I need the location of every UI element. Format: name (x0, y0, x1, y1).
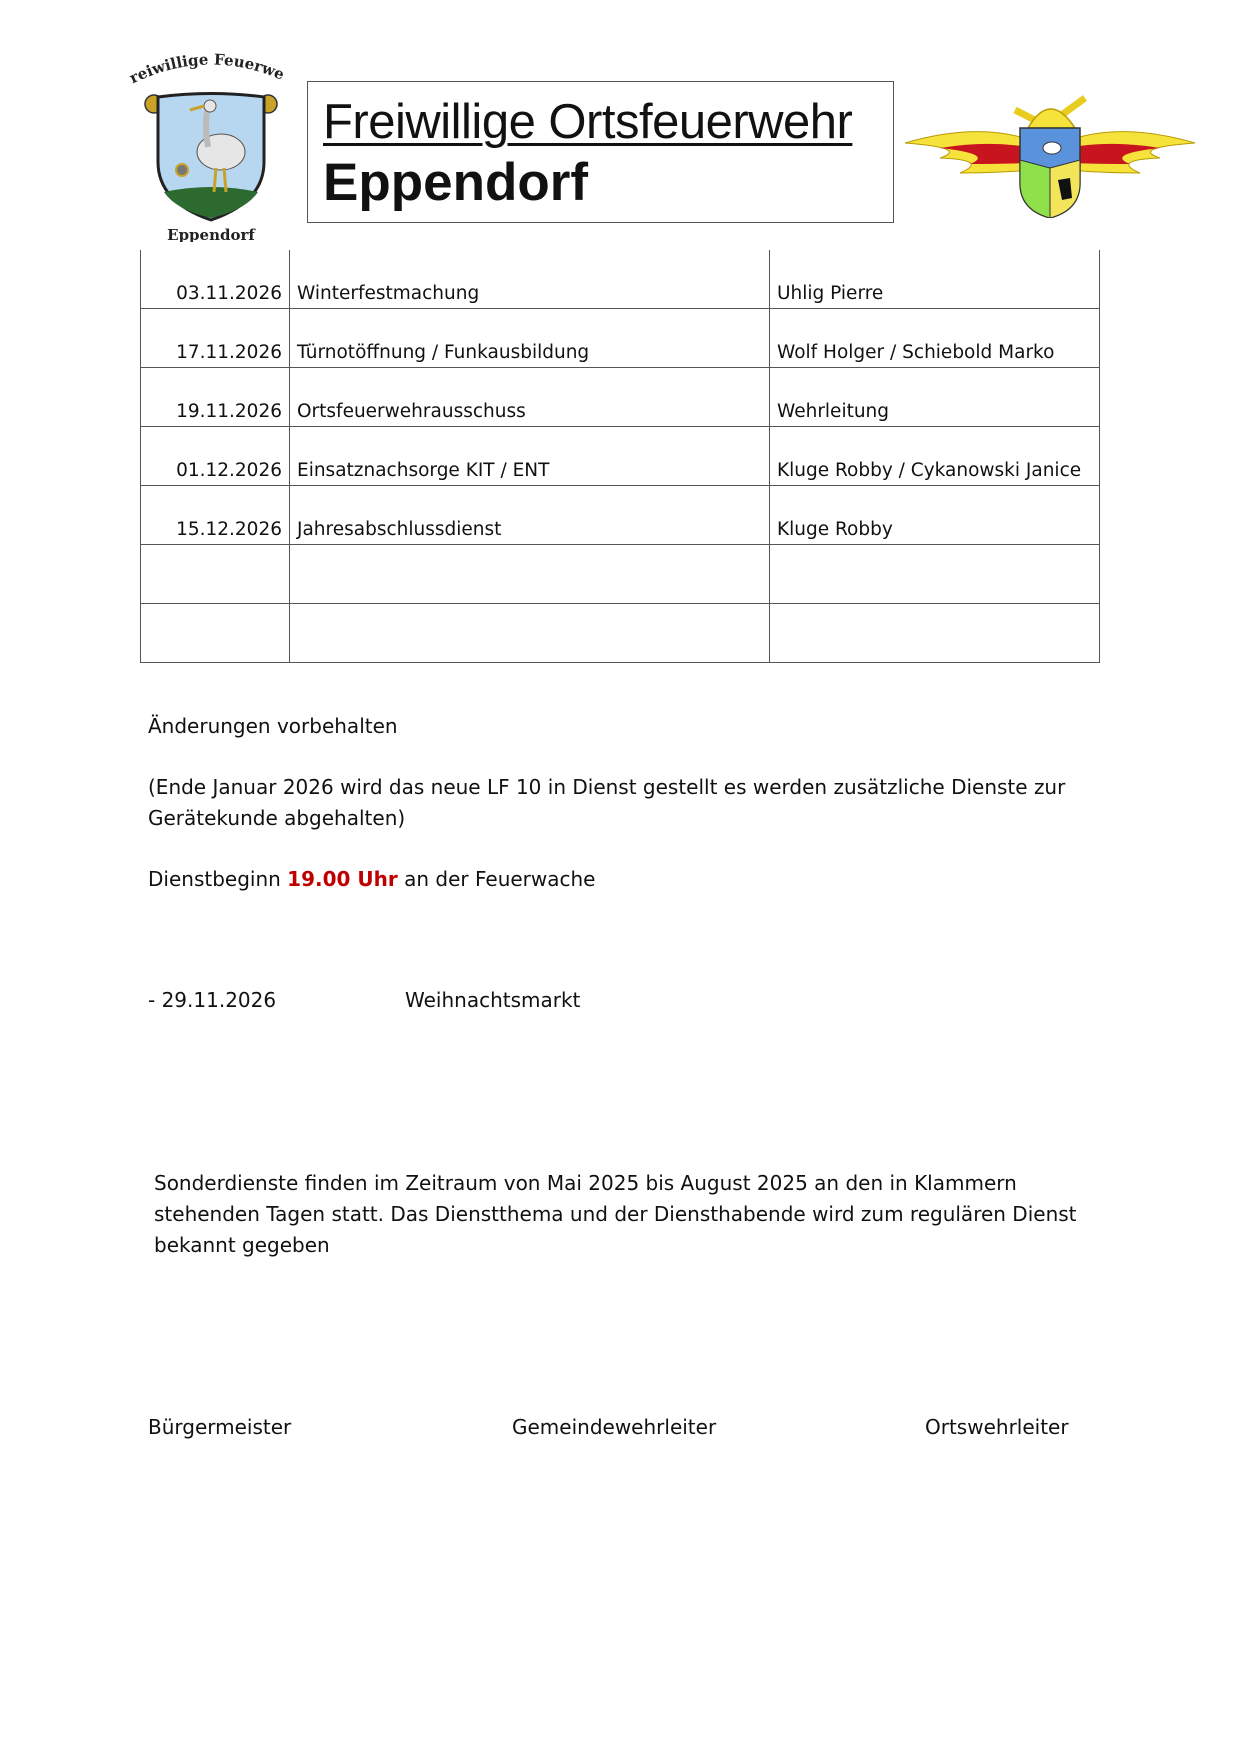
event-name: Weihnachtsmarkt (405, 985, 580, 1016)
service-start-prefix: Dienstbeginn (148, 867, 281, 891)
signature-municipal-chief: Gemeindewehrleiter (512, 1412, 716, 1443)
lf10-note-line2: Gerätekunde abgehalten) (148, 803, 1065, 834)
table-row: 19.11.2026 Ortsfeuerwehrausschuss Wehrle… (141, 368, 1100, 427)
special-services-line1: Sonderdienste finden im Zeitraum von Mai… (154, 1168, 1077, 1199)
lead-cell (770, 545, 1100, 604)
date-cell: 01.12.2026 (141, 427, 290, 486)
lf10-note-line1: (Ende Januar 2026 wird das neue LF 10 in… (148, 772, 1065, 803)
date-cell (141, 604, 290, 663)
special-services-line3: bekannt gegeben (154, 1230, 1077, 1261)
topic-cell: Türnotöffnung / Funkausbildung (290, 309, 770, 368)
lead-cell: Uhlig Pierre (770, 250, 1100, 309)
title-box: Freiwillige Ortsfeuerwehr Eppendorf (307, 81, 894, 223)
topic-cell (290, 604, 770, 663)
signature-mayor: Bürgermeister (148, 1412, 291, 1443)
schedule-table: 03.11.2026 Winterfestmachung Uhlig Pierr… (140, 250, 1100, 663)
topic-cell: Jahresabschlussdienst (290, 486, 770, 545)
date-cell: 03.11.2026 (141, 250, 290, 309)
table-row: 17.11.2026 Türnotöffnung / Funkausbildun… (141, 309, 1100, 368)
event-date: - 29.11.2026 (148, 985, 276, 1016)
coat-of-arms-crane-icon: Freiwillige Feuerwehr Eppendorf (126, 52, 296, 242)
lead-cell: Wolf Holger / Schiebold Marko (770, 309, 1100, 368)
table-row: 15.12.2026 Jahresabschlussdienst Kluge R… (141, 486, 1100, 545)
crest-top-text: Freiwillige Feuerwehr (126, 52, 287, 87)
crest-bottom-text: Eppendorf (167, 226, 256, 242)
service-start-note: Dienstbeginn 19.00 Uhr an der Feuerwache (148, 864, 596, 895)
changes-reserved-note: Änderungen vorbehalten (148, 711, 398, 742)
topic-cell (290, 545, 770, 604)
topic-cell: Ortsfeuerwehrausschuss (290, 368, 770, 427)
page-subtitle: Eppendorf (323, 152, 588, 213)
date-cell (141, 545, 290, 604)
lead-cell: Kluge Robby / Cykanowski Janice (770, 427, 1100, 486)
table-row: 03.11.2026 Winterfestmachung Uhlig Pierr… (141, 250, 1100, 309)
date-cell: 19.11.2026 (141, 368, 290, 427)
special-services-note: Sonderdienste finden im Zeitraum von Mai… (154, 1168, 1077, 1261)
table-row (141, 545, 1100, 604)
fire-brigade-emblem-icon (900, 88, 1200, 218)
lead-cell (770, 604, 1100, 663)
signature-local-chief: Ortswehrleiter (925, 1412, 1069, 1443)
topic-cell: Winterfestmachung (290, 250, 770, 309)
service-start-time: 19.00 Uhr (287, 867, 398, 891)
lf10-note: (Ende Januar 2026 wird das neue LF 10 in… (148, 772, 1065, 834)
table-row (141, 604, 1100, 663)
service-start-suffix: an der Feuerwache (404, 867, 595, 891)
lead-cell: Kluge Robby (770, 486, 1100, 545)
date-cell: 15.12.2026 (141, 486, 290, 545)
date-cell: 17.11.2026 (141, 309, 290, 368)
table-row: 01.12.2026 Einsatznachsorge KIT / ENT Kl… (141, 427, 1100, 486)
special-services-line2: stehenden Tagen statt. Das Dienstthema u… (154, 1199, 1077, 1230)
lead-cell: Wehrleitung (770, 368, 1100, 427)
topic-cell: Einsatznachsorge KIT / ENT (290, 427, 770, 486)
svg-text:Freiwillige Feuerwehr: Freiwillige Feuerwehr (126, 52, 287, 87)
page-title: Freiwillige Ortsfeuerwehr (323, 94, 852, 150)
